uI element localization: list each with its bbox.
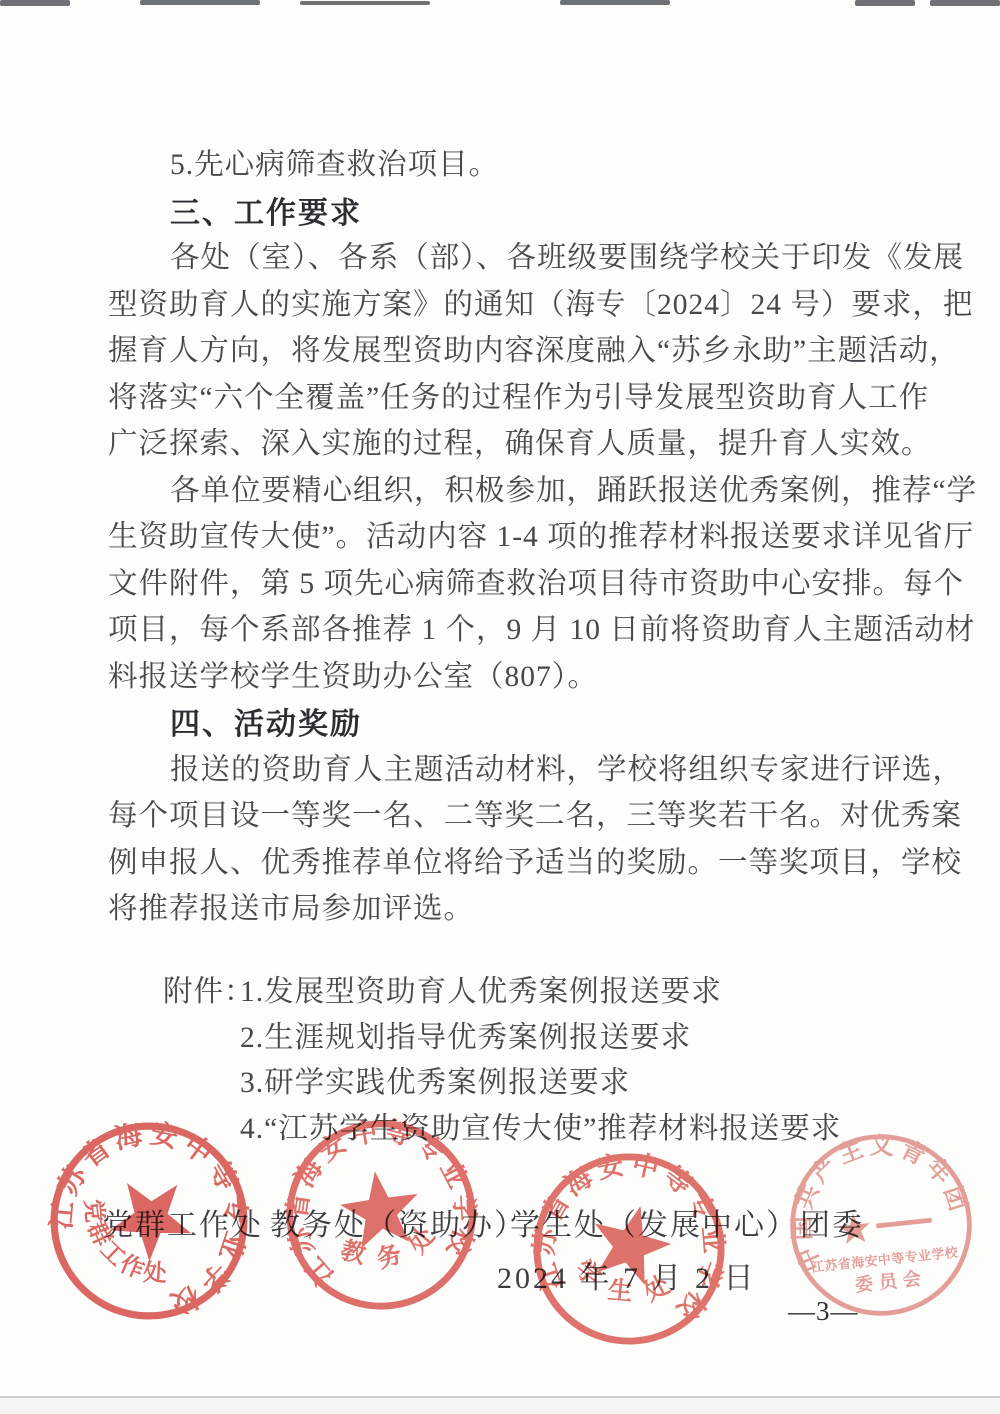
attachment-item: 2.生涯规划指导优秀案例报送要求 xyxy=(240,1014,691,1056)
body-line: 将落实“六个全覆盖”任务的过程作为引导发展型资助育人工作 xyxy=(108,374,929,416)
body-line: 生资助宣传大使”。活动内容 1-4 项的推荐材料报送要求详见省厅 xyxy=(108,513,974,555)
seal-bar xyxy=(876,1218,932,1229)
section-heading-4: 四、活动奖励 xyxy=(170,699,362,743)
scan-edge-artifact xyxy=(0,0,70,6)
scan-edge-artifact xyxy=(930,0,1000,6)
scan-bottom-area xyxy=(0,1398,1000,1414)
body-line: 项目，每个系部各推荐 1 个，9 月 10 日前将资助育人主题活动材 xyxy=(108,606,975,648)
body-line: 5.先心病筛查救治项目。 xyxy=(170,141,499,183)
section-heading-3: 三、工作要求 xyxy=(170,188,362,232)
star-icon xyxy=(837,1212,871,1245)
body-line: 各单位要精心组织，积极参加，踊跃报送优秀案例，推荐“学 xyxy=(170,467,977,509)
official-seal-xueshengchu: 江苏省海安中等专业学校 学生处 xyxy=(508,1128,750,1370)
body-line: 型资助育人的实施方案》的通知（海专〔2024〕24 号）要求，把 xyxy=(108,281,973,323)
official-seal-jiaowuchu: 江苏省海安中等专业学校 教务处 xyxy=(270,1104,491,1325)
attachment-item: 1.发展型资助育人优秀案例报送要求 xyxy=(240,968,722,1010)
body-line: 料报送学校学生资助办公室（807）。 xyxy=(108,653,598,695)
seal-committee-text: 委员会 xyxy=(854,1267,928,1295)
body-line: 例申报人、优秀推荐单位将给予适当的奖励。一等奖项目，学校 xyxy=(108,839,962,881)
scan-edge-artifact xyxy=(300,1,430,5)
scan-edge-artifact xyxy=(855,0,915,6)
body-line: 每个项目设一等奖一名、二等奖二名，三等奖若干名。对优秀案 xyxy=(108,792,962,834)
attachment-item: 3.研学实践优秀案例报送要求 xyxy=(240,1059,630,1101)
body-line: 握育人方向，将发展型资助内容深度融入“苏乡永助”主题活动， xyxy=(108,327,960,369)
scanned-document-page: 5.先心病筛查救治项目。 三、工作要求 各处（室）、各系（部）、各班级要围绕学校… xyxy=(0,0,1000,1414)
official-seal-tuanwei: 中国共产主义青年团 江苏省海安中等专业学校 委员会 xyxy=(775,1119,986,1330)
body-line: 将推荐报送市局参加评选。 xyxy=(108,885,474,927)
scan-edge-artifact xyxy=(560,0,670,5)
body-line: 广泛探索、深入实施的过程，确保育人质量，提升育人实效。 xyxy=(108,420,932,462)
scan-edge-artifact xyxy=(140,0,260,5)
body-line: 报送的资助育人主题活动材料，学校将组织专家进行评选， xyxy=(170,746,963,788)
body-line: 文件附件，第 5 项先心病筛查救治项目待市资助中心安排。每个 xyxy=(108,560,964,602)
body-line: 各处（室）、各系（部）、各班级要围绕学校关于印发《发展 xyxy=(170,234,964,276)
